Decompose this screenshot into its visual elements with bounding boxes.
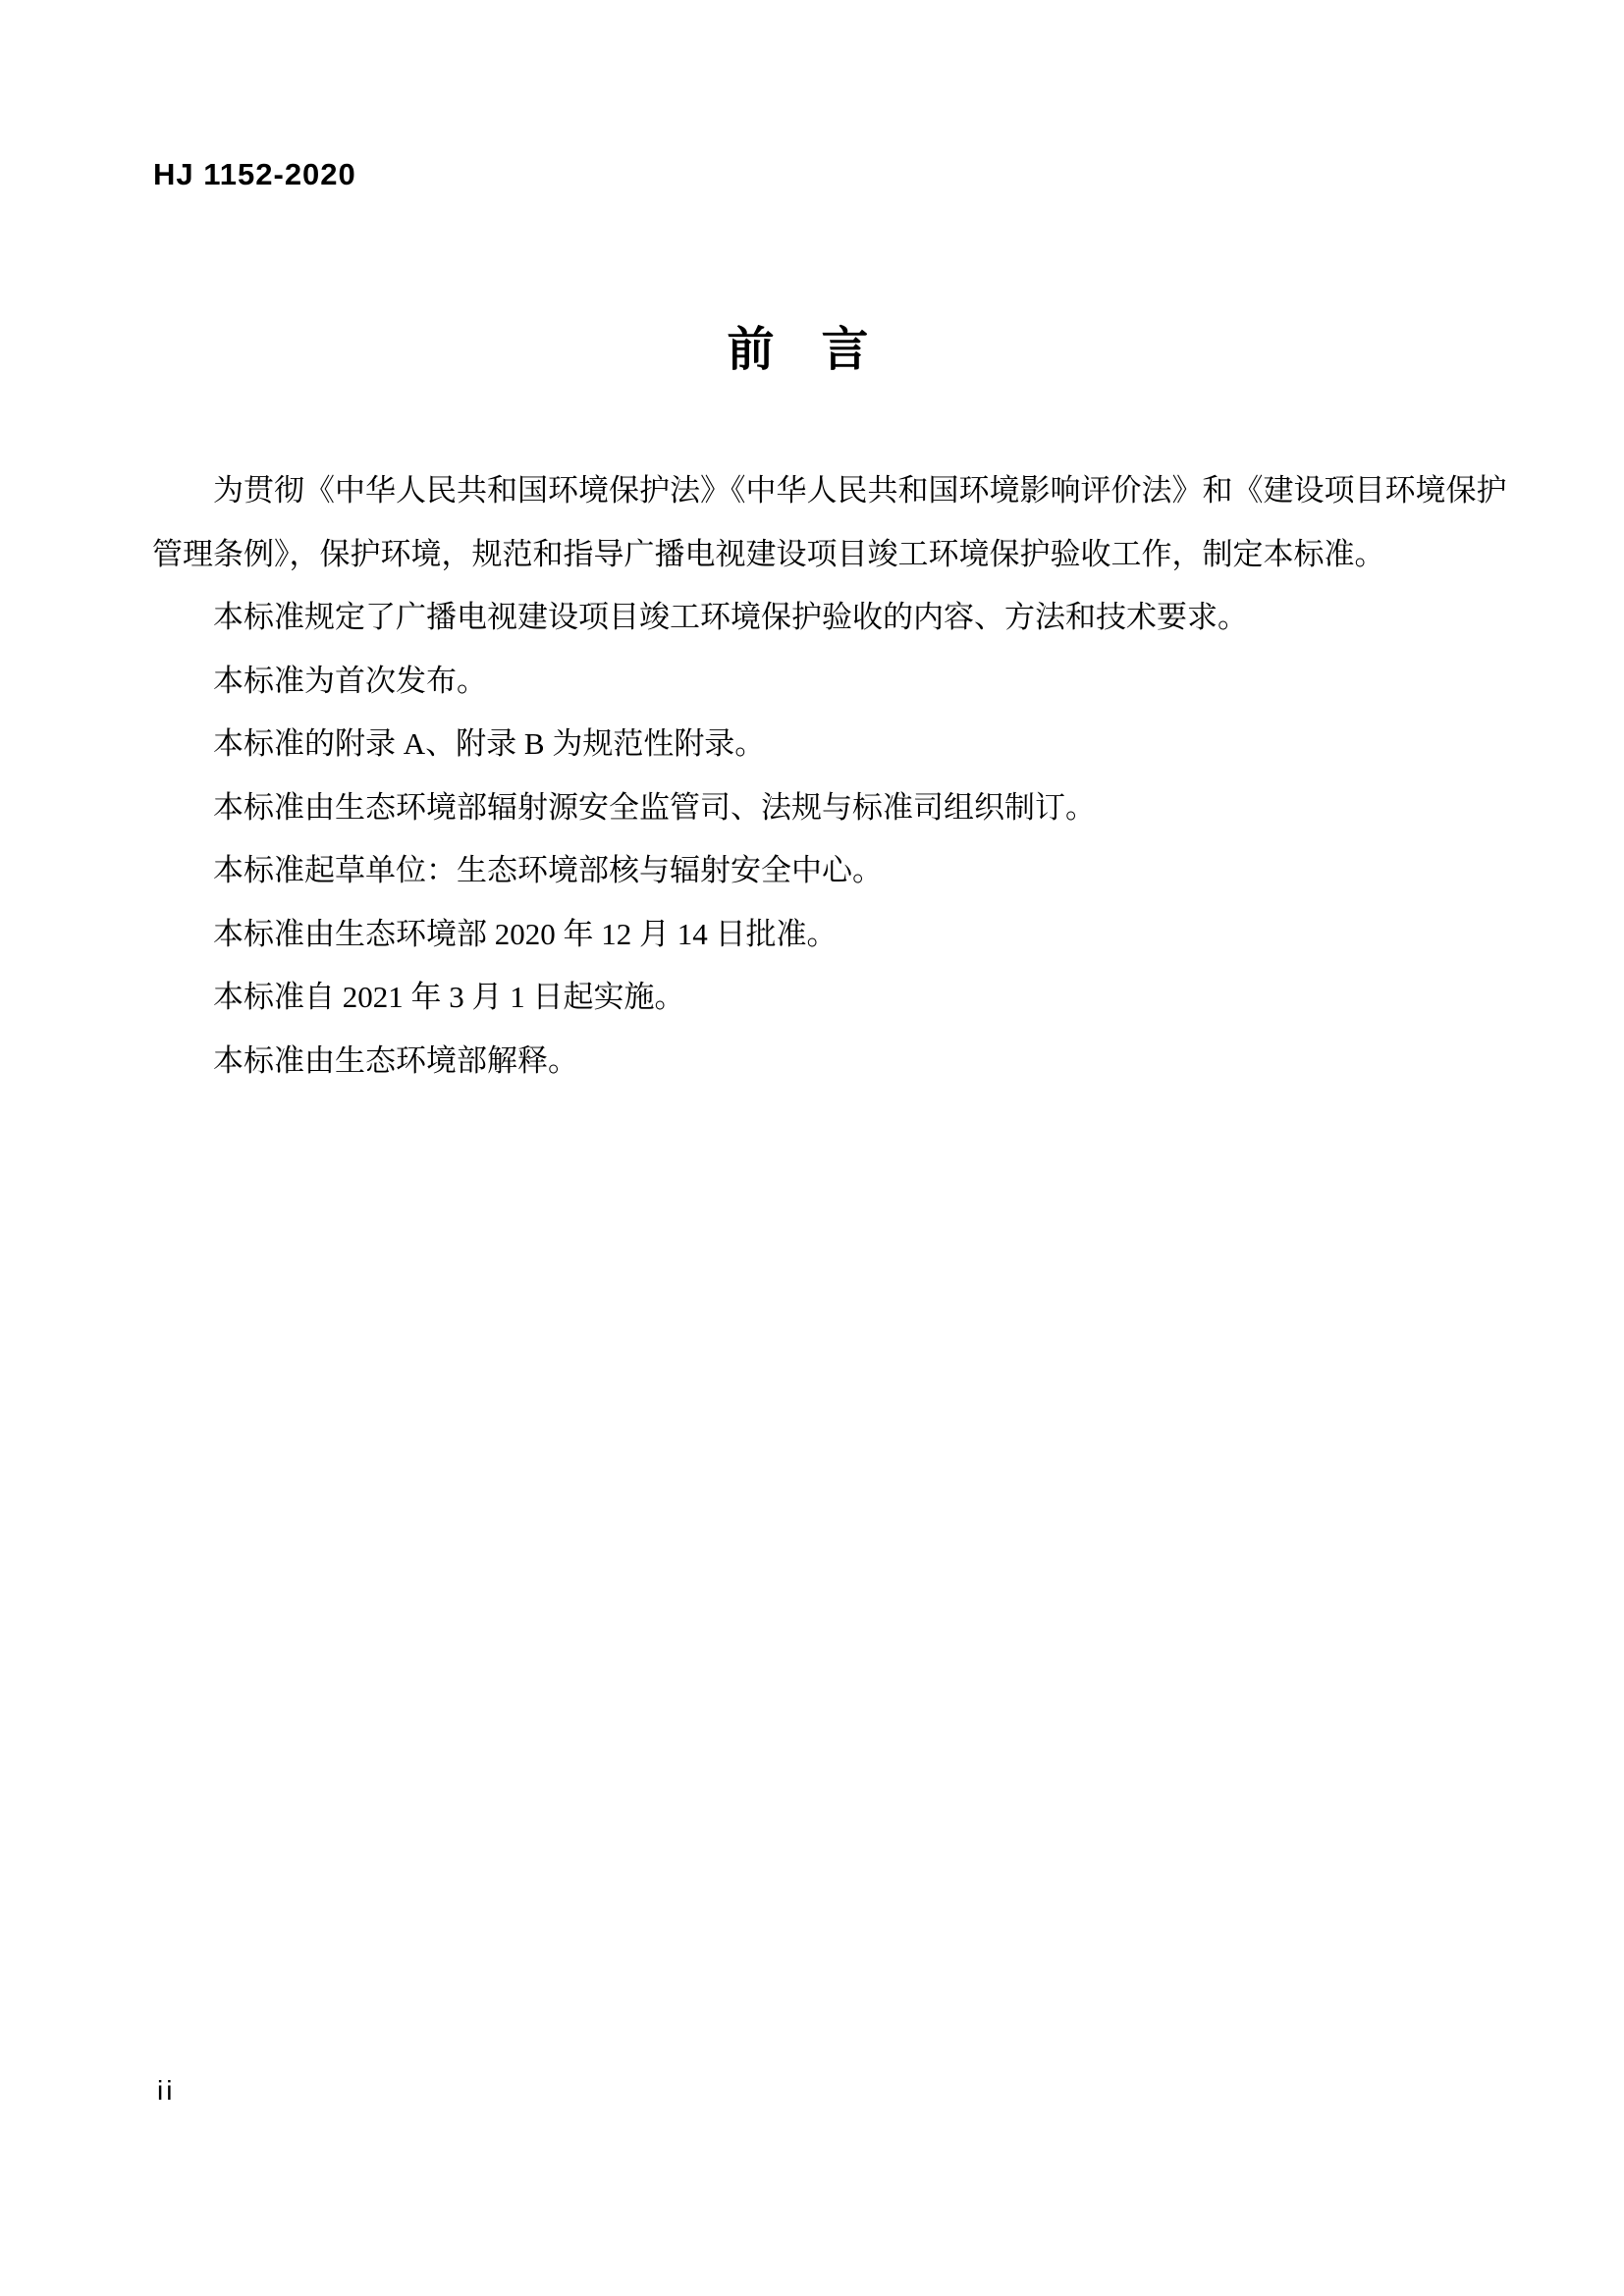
body-line: 本标准的附录 A、附录 B 为规范性附录。 xyxy=(152,713,1443,776)
body-line: 本标准由生态环境部辐射源安全监管司、法规与标准司组织制订。 xyxy=(152,776,1443,840)
body-line: 本标准由生态环境部 2020 年 12 月 14 日批准。 xyxy=(152,903,1443,967)
foreword-body: 为贯彻《中华人民共和国环境保护法》《中华人民共和国环境影响评价法》和《建设项目环… xyxy=(152,459,1443,1093)
page-number: ii xyxy=(157,2075,175,2107)
page-title: 前 言 xyxy=(152,324,1443,377)
document-page: HJ 1152-2020 前 言 为贯彻《中华人民共和国环境保护法》《中华人民共… xyxy=(0,0,1624,2296)
body-line: 本标准由生态环境部解释。 xyxy=(152,1030,1443,1094)
body-line: 本标准为首次发布。 xyxy=(152,650,1443,714)
body-line: 为贯彻《中华人民共和国环境保护法》《中华人民共和国环境影响评价法》和《建设项目环… xyxy=(152,459,1443,523)
body-line: 本标准起草单位：生态环境部核与辐射安全中心。 xyxy=(152,839,1443,903)
standard-number: HJ 1152-2020 xyxy=(153,157,356,192)
body-line: 管理条例》，保护环境，规范和指导广播电视建设项目竣工环境保护验收工作，制定本标准… xyxy=(152,523,1443,587)
body-line: 本标准自 2021 年 3 月 1 日起实施。 xyxy=(152,966,1443,1030)
body-line: 本标准规定了广播电视建设项目竣工环境保护验收的内容、方法和技术要求。 xyxy=(152,586,1443,650)
